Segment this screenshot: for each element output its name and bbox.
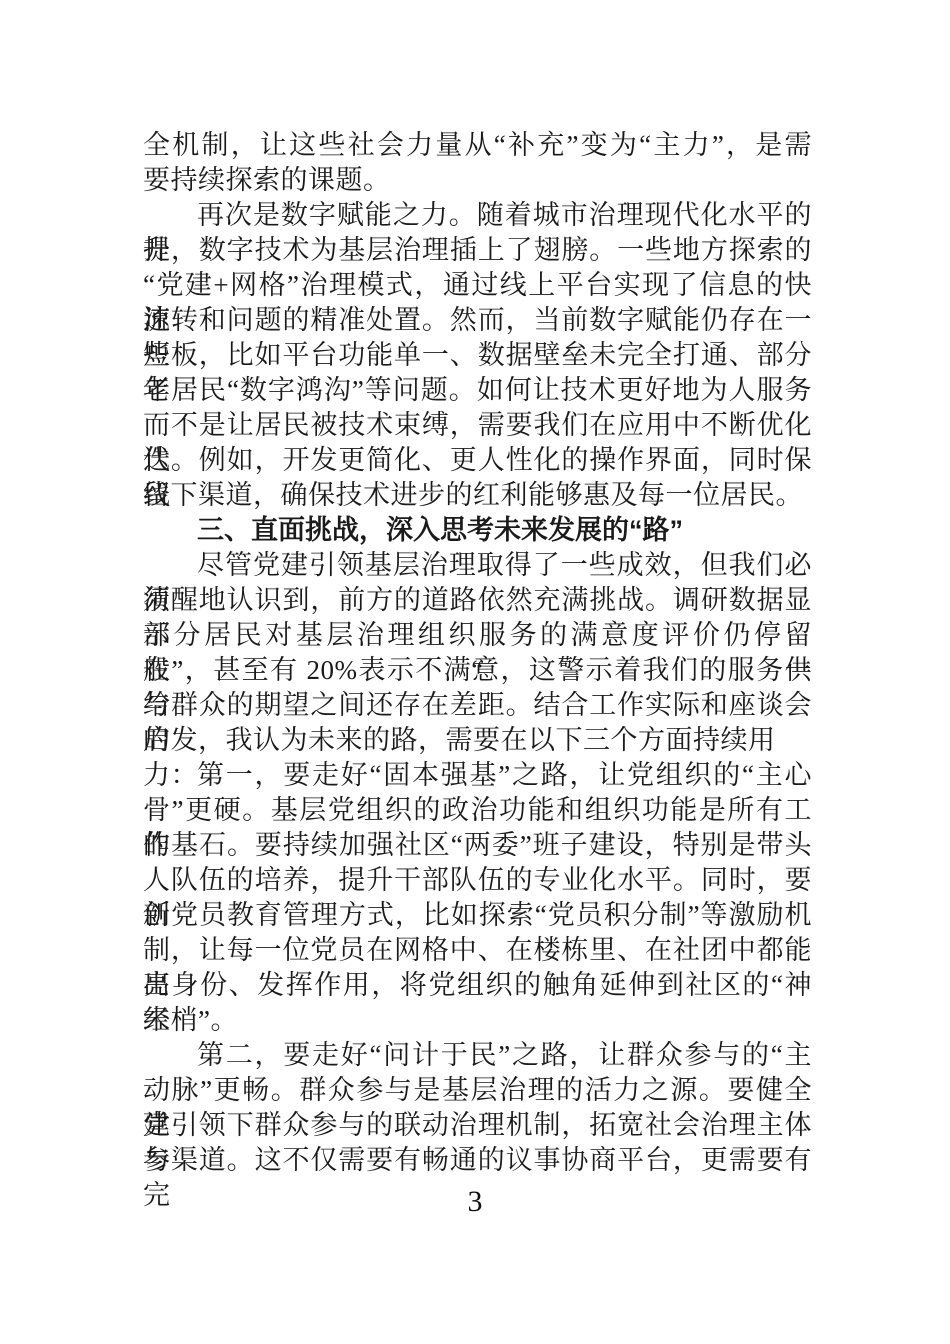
text-line: 年居民“数字鸿沟”等问题。如何让技术更好地为人服务 (143, 373, 812, 408)
text-line: 新党员教育管理方式，比如探索“党员积分制”等激励机 (143, 898, 812, 933)
text-line: 尽管党建引领基层治理取得了一些成效，但我们必须 (143, 548, 812, 583)
text-line: 动脉”更畅。群众参与是基层治理的活力之源。要健全党 (143, 1073, 812, 1108)
text-line: 人队伍的培养，提升干部队伍的专业化水平。同时，要创 (143, 863, 812, 898)
text-line: 部分居民对基层治理组织服务的满意度评价仍停留在“一 (143, 618, 812, 653)
text-line: 建引领下群众参与的联动治理机制，拓宽社会治理主体参 (143, 1108, 812, 1143)
text-line: 要持续探索的课题。 (143, 163, 812, 198)
page-number: 3 (0, 1185, 950, 1219)
text-line: 末梢”。 (143, 1003, 812, 1038)
text-line: 而不是让居民被技术束缚，需要我们在应用中不断优化迭 (143, 408, 812, 443)
text-line: 线下渠道，确保技术进步的红利能够惠及每一位居民。 (143, 478, 812, 513)
text-line: 代。例如，开发更简化、更人性化的操作界面，同时保留 (143, 443, 812, 478)
text-line: 短板，比如平台功能单一、数据壁垒未完全打通、部分老 (143, 338, 812, 373)
document-page: 全机制，让这些社会力量从“补充”变为“主力”，是需要持续探索的课题。再次是数字赋… (0, 0, 950, 1344)
text-line: 升，数字技术为基层治理插上了翅膀。一些地方探索的 (143, 233, 812, 268)
text-line: 制，让每一位党员在网格中、在楼栋里、在社团中都能亮 (143, 933, 812, 968)
text-line: “党建+网格”治理模式，通过线上平台实现了信息的快速 (143, 268, 812, 303)
text-line: 骨”更硬。基层党组织的政治功能和组织功能是所有工作 (143, 793, 812, 828)
text-line: 全机制，让这些社会力量从“补充”变为“主力”，是需 (143, 128, 812, 163)
text-line: 与渠道。这不仅需要有畅通的议事协商平台，更需要有完 (143, 1143, 812, 1178)
text-line: 再次是数字赋能之力。随着城市治理现代化水平的提 (143, 198, 812, 233)
text-line: 第一，要走好“固本强基”之路，让党组织的“主心 (143, 758, 812, 793)
text-line: 流转和问题的精准处置。然而，当前数字赋能仍存在一些 (143, 303, 812, 338)
text-line: 般”，甚至有 20%表示不满意，这警示着我们的服务供给 (143, 653, 812, 688)
section-heading: 三、直面挑战，深入思考未来发展的“路” (143, 513, 812, 548)
text-line: 出身份、发挥作用，将党组织的触角延伸到社区的“神经 (143, 968, 812, 1003)
text-line: 与群众的期望之间还存在差距。结合工作实际和座谈会的 (143, 688, 812, 723)
text-line: 的基石。要持续加强社区“两委”班子建设，特别是带头 (143, 828, 812, 863)
text-line: 清醒地认识到，前方的道路依然充满挑战。调研数据显示 (143, 583, 812, 618)
text-line: 启发，我认为未来的路，需要在以下三个方面持续用力： (143, 723, 812, 758)
text-line: 第二，要走好“问计于民”之路，让群众参与的“主 (143, 1038, 812, 1073)
document-body: 全机制，让这些社会力量从“补充”变为“主力”，是需要持续探索的课题。再次是数字赋… (143, 128, 812, 1178)
